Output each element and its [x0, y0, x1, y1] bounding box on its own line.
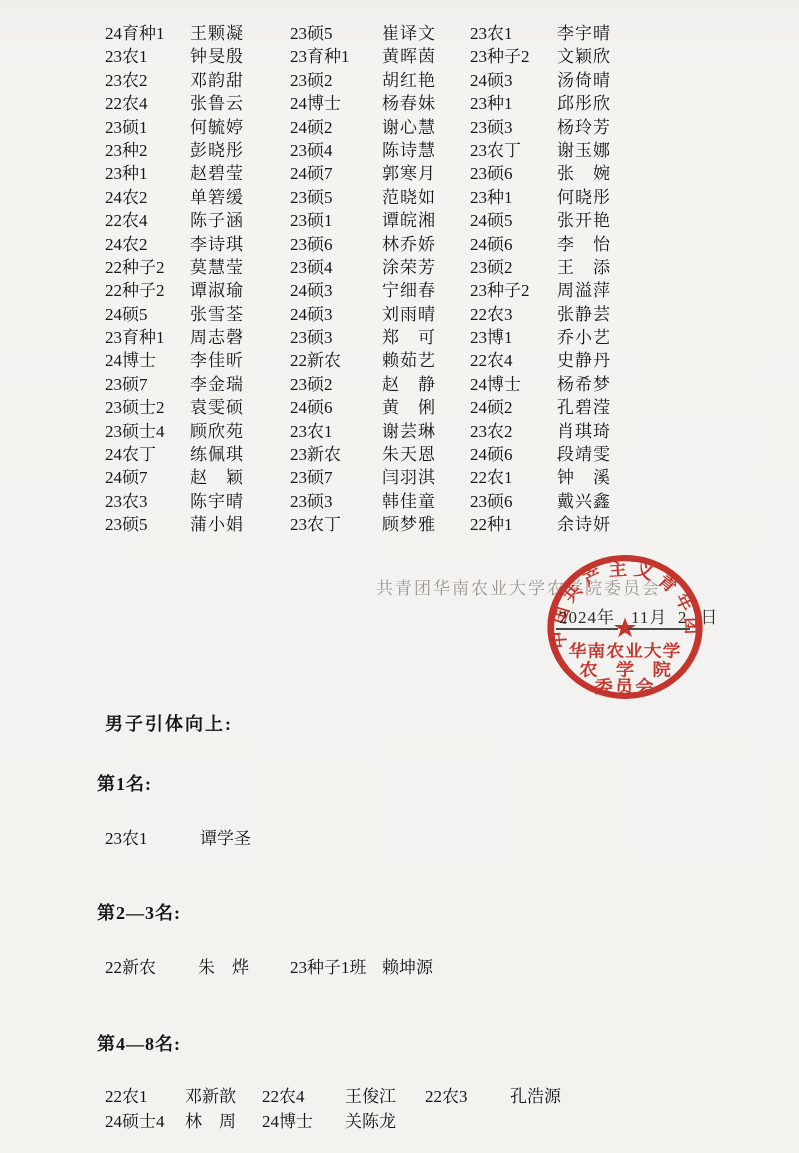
student-name: 周志磬	[190, 326, 244, 349]
class-label: 22新农	[290, 349, 341, 372]
student-name: 练佩琪	[190, 443, 244, 466]
student-name: 王 添	[557, 256, 611, 279]
class-label: 23农1	[105, 824, 200, 849]
student-name: 林 周	[185, 1107, 262, 1132]
class-label: 24硕6	[470, 233, 513, 256]
student-name: 张 婉	[557, 162, 611, 185]
student-name: 孔浩源	[510, 1082, 561, 1107]
class-label: 22种子2	[105, 279, 165, 302]
rank-heading-3: 第4—8名:	[97, 1030, 181, 1056]
student-name: 谢芸琳	[382, 420, 436, 443]
class-label: 24硕5	[105, 303, 148, 326]
student-name: 李佳昕	[190, 349, 244, 372]
class-label: 23硕3	[290, 326, 333, 349]
class-label: 23育种1	[290, 45, 350, 68]
student-name: 莫慧莹	[190, 256, 244, 279]
class-label: 23硕士2	[105, 396, 165, 419]
student-name: 钟 溪	[557, 466, 611, 489]
class-label: 23种2	[105, 139, 148, 162]
class-label: 23硕3	[290, 490, 333, 513]
scanned-document-page: 24育种1 王颗凝 23农1 钟旻殷 23农2 邓韵甜 22农4 张鲁云	[0, 0, 799, 1153]
student-name: 宁细春	[382, 279, 436, 302]
student-name: 邱彤欣	[557, 92, 611, 115]
class-label: 22农3	[470, 303, 513, 326]
student-name: 孔碧滢	[557, 396, 611, 419]
student-name: 谢玉娜	[557, 139, 611, 162]
class-label: 23硕6	[470, 490, 513, 513]
student-name: 蒲小娟	[190, 513, 244, 536]
student-name: 赖坤源	[382, 953, 433, 978]
class-label: 23硕1	[105, 116, 148, 139]
class-label: 24硕6	[470, 443, 513, 466]
class-label: 22种1	[470, 513, 513, 536]
student-name: 乔小艺	[557, 326, 611, 349]
student-name: 韩佳童	[382, 490, 436, 513]
class-label: 23种子2	[470, 45, 530, 68]
class-label: 24农2	[105, 186, 148, 209]
class-label: 23硕士4	[105, 420, 165, 443]
stamp-committee-line: 委员会	[595, 676, 656, 696]
class-label: 23种子1班	[290, 953, 382, 978]
student-name: 关陈龙	[345, 1107, 425, 1132]
class-label: 23种1	[105, 162, 148, 185]
class-label: 23育种1	[105, 326, 165, 349]
class-label: 23硕2	[470, 256, 513, 279]
student-name: 余诗妍	[557, 513, 611, 536]
class-label: 24硕2	[290, 116, 333, 139]
student-name: 王颗凝	[190, 22, 244, 45]
rank-heading-2: 第2—3名:	[97, 899, 181, 925]
class-label: 24硕2	[470, 396, 513, 419]
student-name: 张雪荃	[190, 303, 244, 326]
class-label: 22农4	[262, 1082, 345, 1107]
student-name: 肖琪琦	[557, 420, 611, 443]
student-name: 王俊江	[345, 1082, 425, 1107]
class-label: 24农丁	[105, 443, 156, 466]
date-day-suffix: 日	[700, 608, 718, 627]
student-name: 顾梦雅	[382, 513, 436, 536]
date-year: 2024年	[556, 608, 618, 630]
student-name: 朱天恩	[382, 443, 436, 466]
student-name: 朱 烨	[198, 953, 290, 978]
student-name: 陈诗慧	[382, 139, 436, 162]
student-name: 黄晖茵	[382, 45, 436, 68]
student-name: 谭皖湘	[382, 209, 436, 232]
student-name: 张开艳	[557, 209, 611, 232]
student-name: 陈宇晴	[190, 490, 244, 513]
class-label: 23硕6	[290, 233, 333, 256]
student-name: 钟旻殷	[190, 45, 244, 68]
class-label: 24育种1	[105, 22, 165, 45]
class-label: 22农1	[105, 1082, 185, 1107]
class-label: 23硕4	[290, 139, 333, 162]
class-label: 24博士	[470, 373, 521, 396]
class-label: 24农2	[105, 233, 148, 256]
student-name: 刘雨晴	[382, 303, 436, 326]
student-name: 杨春妹	[382, 92, 436, 115]
class-label: 23硕4	[290, 256, 333, 279]
rank-row: 22农1 邓新歆 22农4 王俊江 22农3 孔浩源	[105, 1082, 561, 1107]
class-label: 22农4	[105, 209, 148, 232]
student-name: 赖茹艺	[382, 349, 436, 372]
class-label: 23农1	[290, 420, 333, 443]
rank-heading-1: 第1名:	[97, 770, 152, 796]
student-name: 李诗琪	[190, 233, 244, 256]
rank-row: 24硕士4 林 周 24博士 关陈龙	[105, 1107, 425, 1132]
class-label: 23农2	[470, 420, 513, 443]
rank-row: 23农1 谭学圣	[105, 824, 251, 849]
student-name: 文颖欣	[557, 45, 611, 68]
student-name: 李 怡	[557, 233, 611, 256]
student-name: 崔译文	[382, 22, 436, 45]
student-name: 杨玲芳	[557, 116, 611, 139]
class-label: 23硕3	[470, 116, 513, 139]
class-label: 23农丁	[290, 513, 341, 536]
student-name: 戴兴鑫	[557, 490, 611, 513]
class-label: 22种子2	[105, 256, 165, 279]
class-label: 24硕3	[470, 69, 513, 92]
student-name: 杨希梦	[557, 373, 611, 396]
class-label: 24博士	[290, 92, 341, 115]
student-name: 范晓如	[382, 186, 436, 209]
rank-row: 22新农 朱 烨 23种子1班 赖坤源	[105, 953, 433, 978]
class-label: 22农4	[470, 349, 513, 372]
student-name: 彭晓彤	[190, 139, 244, 162]
issue-date: 2024年11月 2日	[556, 603, 718, 628]
class-label: 23硕5	[105, 513, 148, 536]
class-label: 24硕士4	[105, 1107, 185, 1132]
student-name: 汤倚晴	[557, 69, 611, 92]
student-name: 史静丹	[557, 349, 611, 372]
class-label: 23硕6	[470, 162, 513, 185]
class-label: 23硕5	[290, 186, 333, 209]
class-label: 23种1	[470, 186, 513, 209]
student-name: 谭学圣	[200, 824, 251, 849]
class-label: 22农1	[470, 466, 513, 489]
class-label: 23新农	[290, 443, 341, 466]
student-name: 谭淑瑜	[190, 279, 244, 302]
class-label: 24硕6	[290, 396, 333, 419]
class-label: 24博士	[105, 349, 156, 372]
class-label: 23种子2	[470, 279, 530, 302]
class-label: 22农3	[425, 1082, 510, 1107]
date-month-day: 11月 2	[628, 608, 690, 630]
student-name: 周溢萍	[557, 279, 611, 302]
student-name: 赵 静	[382, 373, 436, 396]
student-name: 闫羽淇	[382, 466, 436, 489]
class-label: 23种1	[470, 92, 513, 115]
class-label: 22新农	[105, 953, 198, 978]
class-label: 24硕7	[105, 466, 148, 489]
class-label: 23硕2	[290, 373, 333, 396]
class-label: 23农丁	[470, 139, 521, 162]
class-label: 24硕3	[290, 279, 333, 302]
student-name: 邓韵甜	[190, 69, 244, 92]
class-label: 23农1	[470, 22, 513, 45]
student-name: 李金瑞	[190, 373, 244, 396]
student-name: 邓新歆	[185, 1082, 262, 1107]
student-name: 张静芸	[557, 303, 611, 326]
class-label: 24硕3	[290, 303, 333, 326]
class-label: 22农4	[105, 92, 148, 115]
class-label: 23硕7	[290, 466, 333, 489]
student-name: 顾欣苑	[190, 420, 244, 443]
student-name: 林乔娇	[382, 233, 436, 256]
class-label: 24硕7	[290, 162, 333, 185]
student-name: 何晓彤	[557, 186, 611, 209]
student-name: 赵 颖	[190, 466, 244, 489]
class-label: 23农3	[105, 490, 148, 513]
student-name: 郭寒月	[382, 162, 436, 185]
stamp-university-line: 华南农业大学	[569, 641, 682, 660]
student-name: 郑 可	[382, 326, 436, 349]
class-label: 24硕5	[470, 209, 513, 232]
student-name: 李宇晴	[557, 22, 611, 45]
class-label: 23农1	[105, 45, 148, 68]
results-title: 男子引体向上:	[105, 710, 233, 736]
class-label: 23硕5	[290, 22, 333, 45]
student-name: 涂荣芳	[382, 256, 436, 279]
class-label: 23硕1	[290, 209, 333, 232]
student-name: 单箬缓	[190, 186, 244, 209]
student-name: 陈子涵	[190, 209, 244, 232]
student-name: 张鲁云	[190, 92, 244, 115]
class-label: 23博1	[470, 326, 513, 349]
class-label: 23硕7	[105, 373, 148, 396]
class-label: 23农2	[105, 69, 148, 92]
student-name: 胡红艳	[382, 69, 436, 92]
student-name: 何毓婷	[190, 116, 244, 139]
class-label: 24博士	[262, 1107, 345, 1132]
student-name: 段靖雯	[557, 443, 611, 466]
class-label: 23硕2	[290, 69, 333, 92]
student-name: 黄 俐	[382, 396, 436, 419]
student-name: 谢心慧	[382, 116, 436, 139]
student-name: 赵碧莹	[190, 162, 244, 185]
student-name: 袁雯硕	[190, 396, 244, 419]
